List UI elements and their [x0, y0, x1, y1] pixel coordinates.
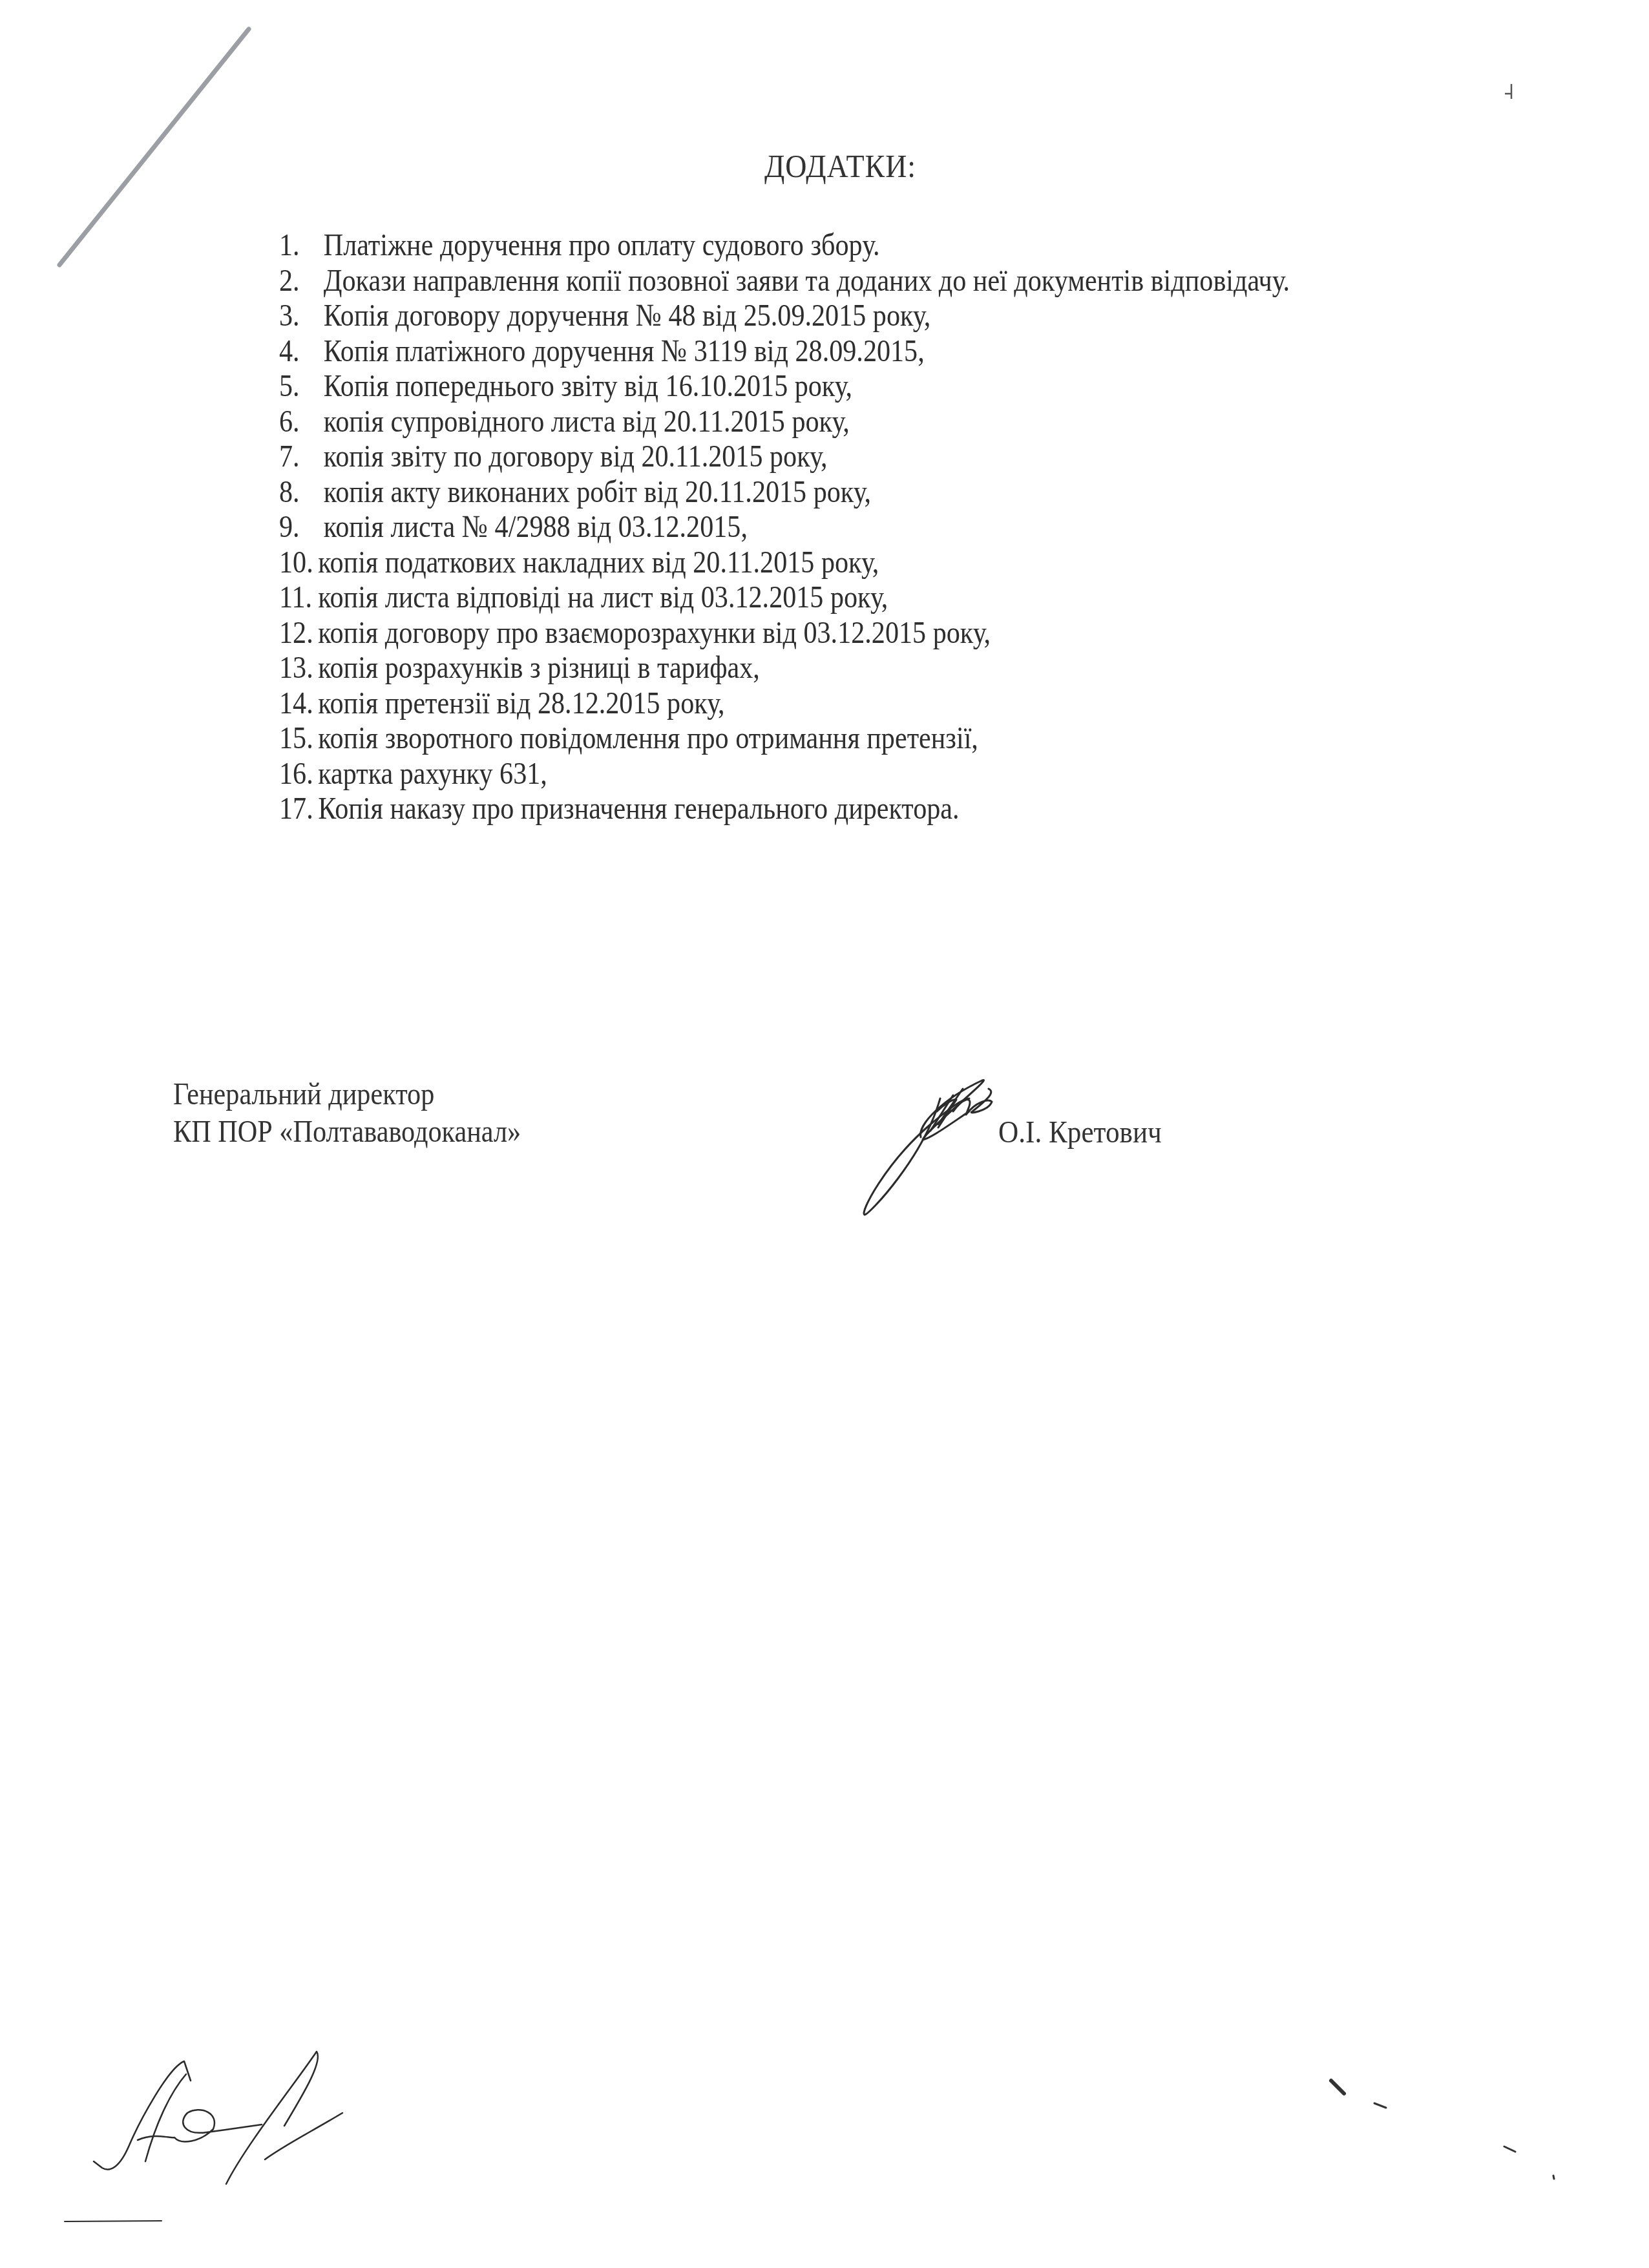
- document-page: ДОДАТКИ: 1.Платіжне доручення про оплату…: [0, 0, 1649, 2268]
- initials-signature: [0, 0, 1649, 2268]
